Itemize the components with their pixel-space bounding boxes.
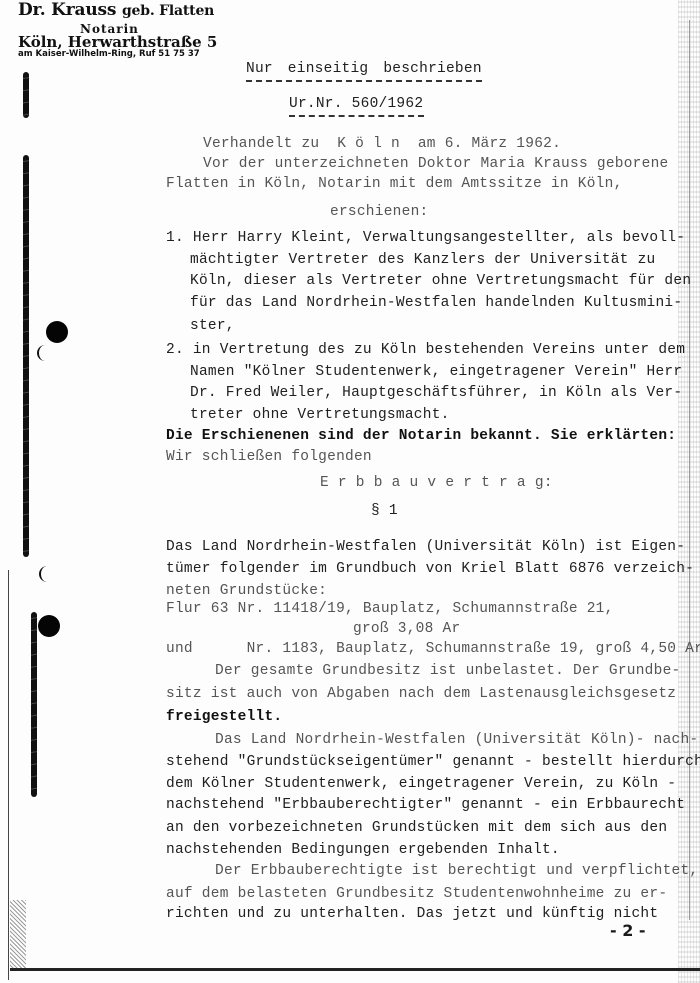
body-line: dem Kölner Studentenwerk, eingetragener …: [166, 775, 676, 793]
section-1-line: tümer folgender im Grundbuch von Kriel B…: [166, 560, 694, 578]
crescent-mark-upper: [37, 345, 53, 361]
notary-name: Dr. Krauss geb. Flatten: [18, 0, 214, 20]
body-line: Der gesamte Grundbesitz ist unbelastet. …: [215, 662, 680, 680]
document-number: Ur.Nr. 560/1962: [289, 95, 423, 113]
binding-cord-lower: [31, 612, 37, 797]
page-edge-left: [8, 570, 9, 980]
binding-cord: [23, 155, 29, 557]
notary-phone-line: am Kaiser-Wilhelm-Ring, Ruf 51 75 37: [18, 49, 200, 59]
body-line: freigestellt.: [166, 708, 282, 726]
notary-maiden-name: geb. Flatten: [122, 3, 214, 19]
notary-name-text: Dr. Krauss: [18, 0, 116, 20]
scan-noise-corner: [10, 900, 26, 970]
single-sided-note: Nur einseitig beschrieben: [246, 60, 482, 78]
body-line: stehend "Grundstückseigentümer" genannt …: [166, 753, 700, 771]
document-page: Dr. Krauss geb. Flatten Notarin Köln, He…: [0, 0, 700, 983]
body-line: auf dem belasteten Grundbesitz Studenten…: [166, 885, 667, 903]
body-line: Flatten in Köln, Notarin mit dem Amtssit…: [166, 175, 623, 193]
punch-hole-lower: [38, 615, 60, 637]
party-2-line: Dr. Fred Weiler, Hauptgeschäftsführer, i…: [190, 384, 682, 402]
body-line: erschienen:: [330, 203, 428, 221]
party-1-line: 1. Herr Harry Kleint, Verwaltungsangeste…: [166, 229, 685, 247]
body-line: Vor der unterzeichneten Doktor Maria Kra…: [203, 155, 668, 173]
body-line: nachstehend "Erbbauberechtigter" genannt…: [166, 796, 685, 814]
note-underline: [246, 80, 482, 82]
body-line: Das Land Nordrhein-Westfalen (Universitä…: [215, 731, 698, 749]
binding-mark-top: [23, 72, 29, 118]
party-2-line: Namen "Kölner Studentenwerk, eingetragen…: [190, 363, 682, 381]
party-2-line: 2. in Vertretung des zu Köln bestehenden…: [166, 341, 685, 359]
parcel-area: groß 3,08 Ar: [353, 620, 460, 638]
body-line: nachstehenden Bedingungen ergebenden Inh…: [166, 841, 560, 859]
section-1-line: Das Land Nordrhein-Westfalen (Universitä…: [166, 538, 685, 556]
party-1-line: Köln, dieser als Vertreter ohne Vertretu…: [190, 272, 691, 290]
punch-hole-upper: [46, 321, 68, 343]
party-1-line: mächtigter Vertreter des Kanzlers der Un…: [190, 251, 655, 269]
party-1-line: ster,: [190, 317, 235, 335]
body-line: richten und zu unterhalten. Das jetzt un…: [166, 905, 658, 923]
parcel-line: Flur 63 Nr. 11418/19, Bauplatz, Schumann…: [166, 600, 614, 618]
parcel-line: und Nr. 1183, Bauplatz, Schumannstraße 1…: [166, 640, 700, 658]
party-1-line: für das Land Nordrhein-Westfalen handeln…: [190, 294, 682, 312]
contract-title: E r b b a u v e r t r a g:: [320, 474, 553, 492]
page-edge-bottom: [10, 968, 700, 971]
section-1-line: neten Grundstücke:: [166, 582, 327, 600]
body-line: Der Erbbauberechtigte ist berechtigt und…: [215, 862, 698, 880]
crescent-mark-lower: [39, 566, 55, 582]
document-number-underline: [289, 115, 424, 117]
page-number: - 2 -: [610, 921, 646, 940]
body-line: Verhandelt zu K ö l n am 6. März 1962.: [203, 135, 561, 153]
body-line: Wir schließen folgenden: [166, 448, 372, 466]
party-2-line: treter ohne Vertretungsmacht.: [190, 406, 450, 424]
body-line: Die Erschienenen sind der Notarin bekann…: [166, 427, 676, 445]
page-edge-right: [689, 20, 690, 920]
section-heading: § 1: [371, 502, 398, 520]
body-line: an den vorbezeichneten Grundstücken mit …: [166, 819, 667, 837]
body-line: sitz ist auch von Abgaben nach dem Laste…: [166, 685, 676, 703]
